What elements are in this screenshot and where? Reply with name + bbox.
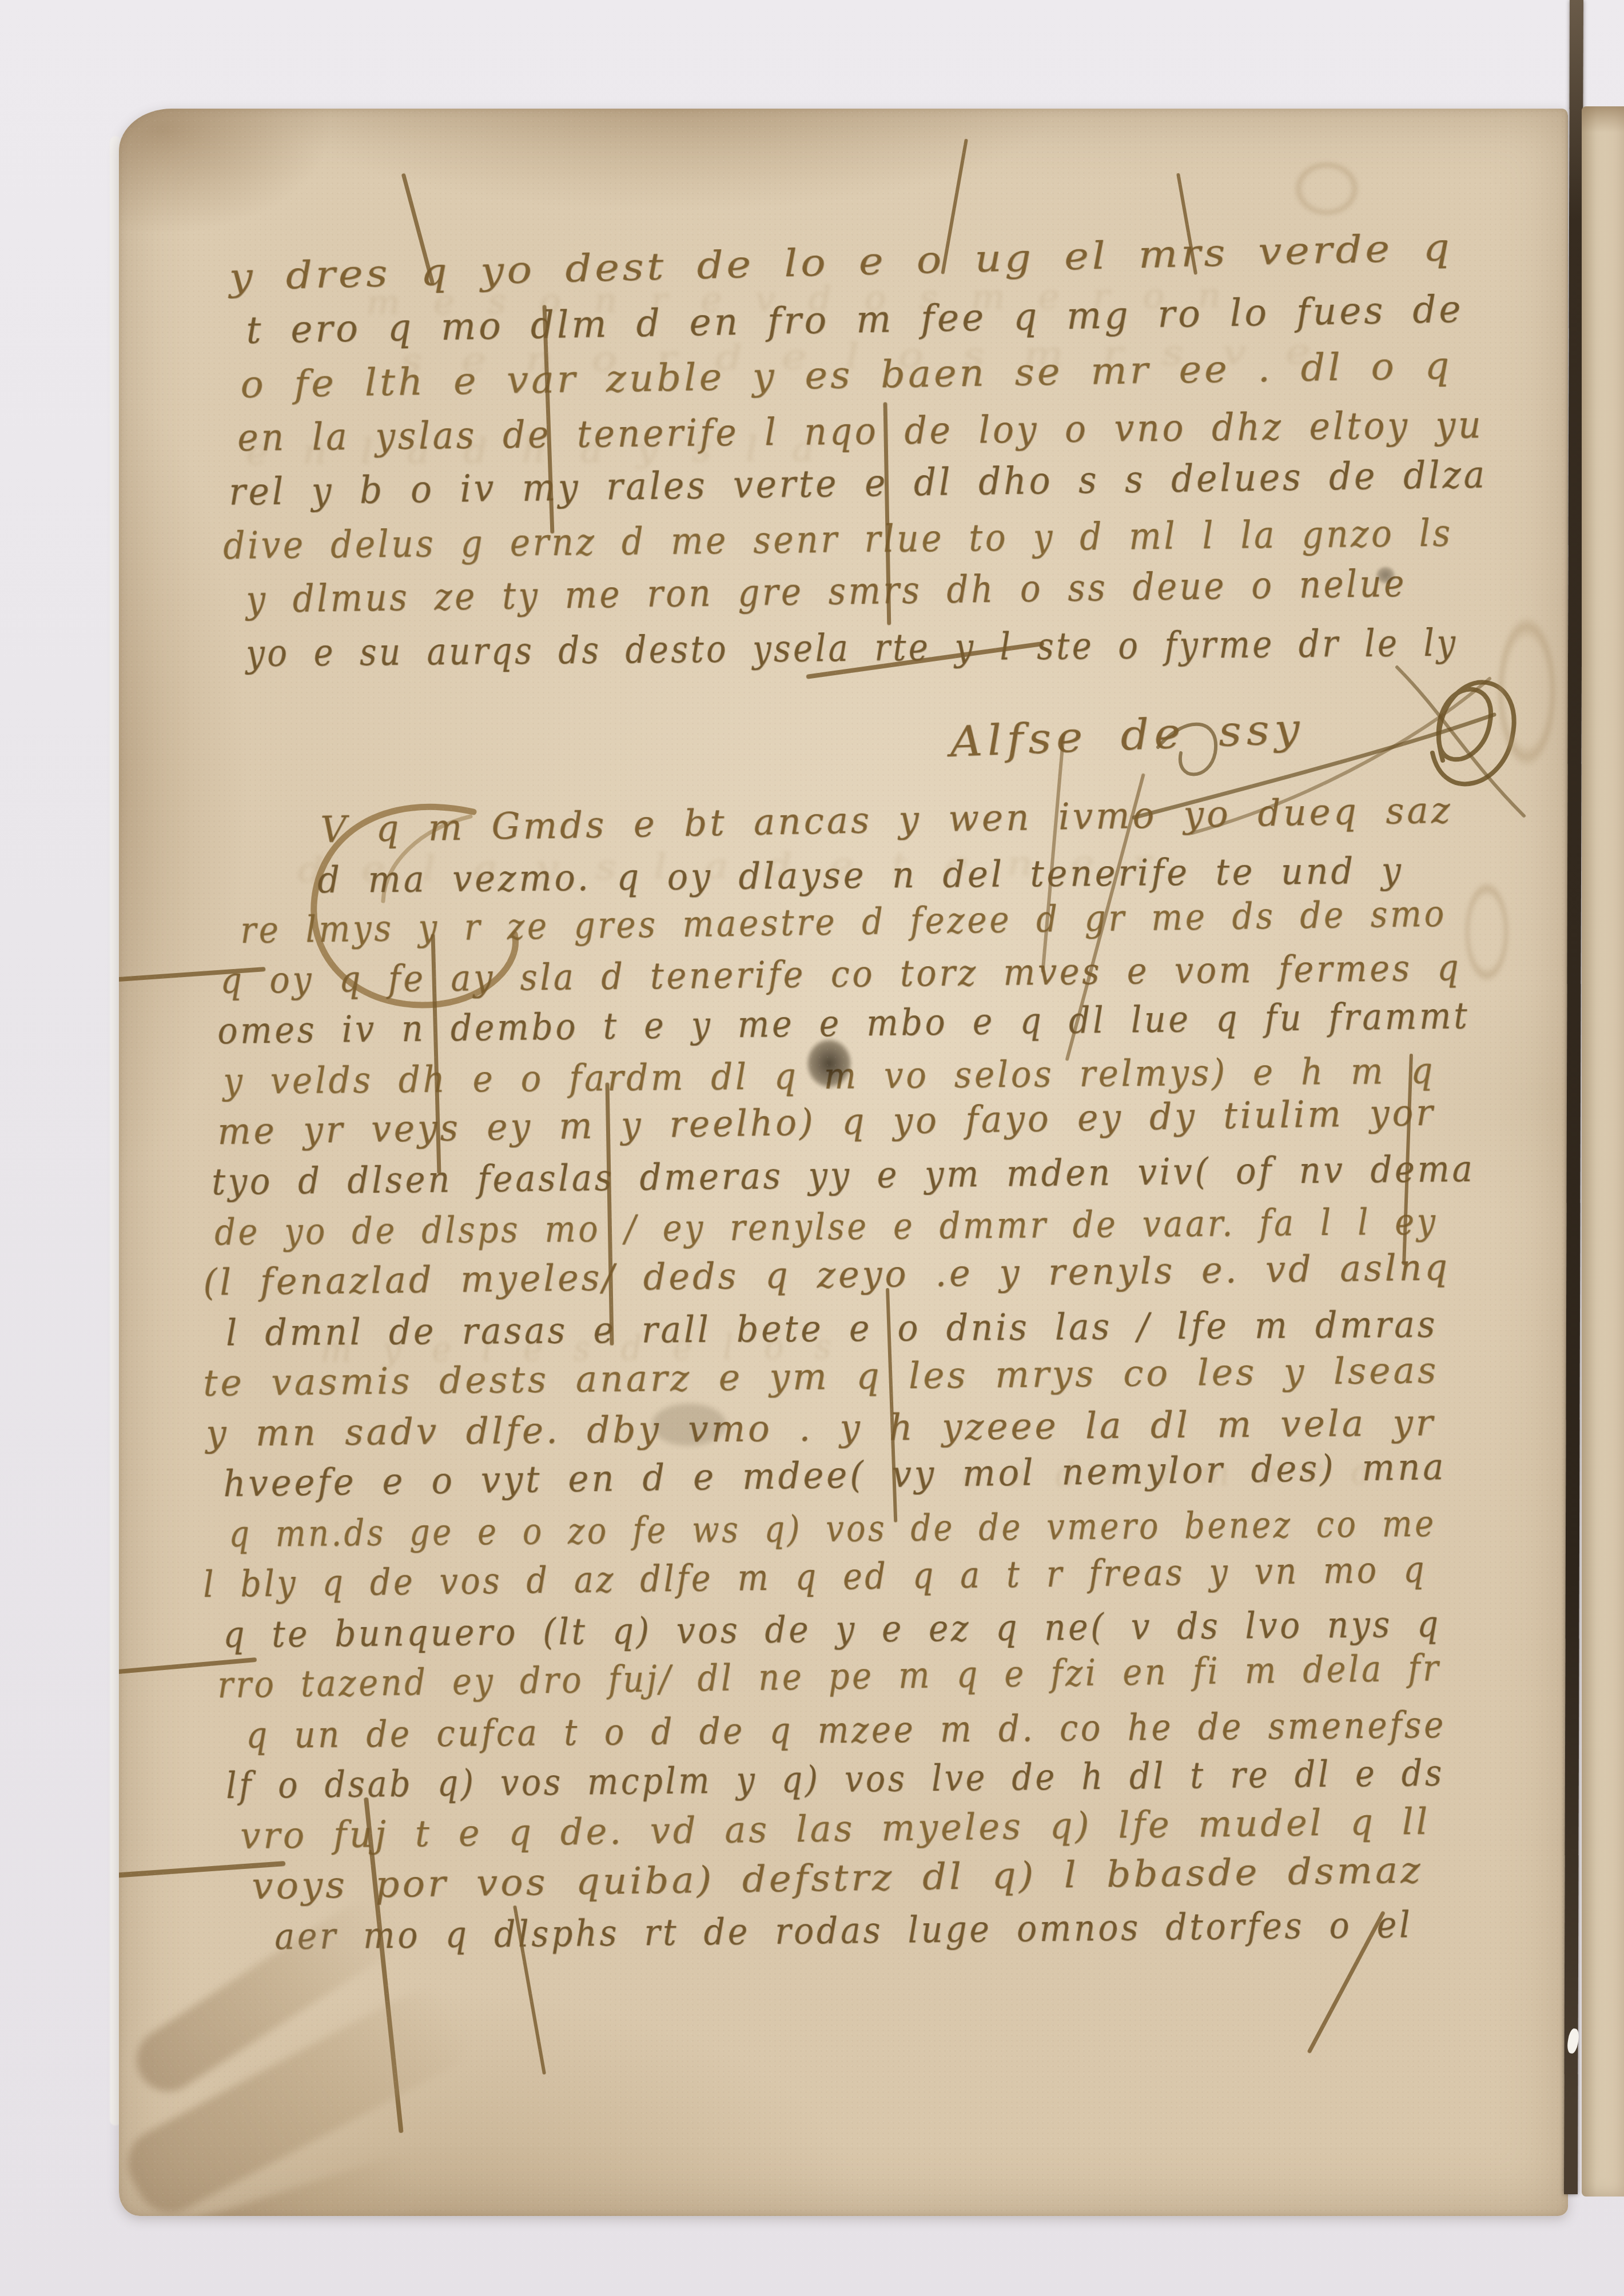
paragraph-2-line: aer mo q dlsphs rt de rodas luge omnos d… — [274, 1907, 1413, 1955]
water-stain — [1289, 157, 1364, 220]
paragraph-2-line: de yo de dlsps mo / ey renylse e dmmr de… — [214, 1203, 1438, 1251]
bleedthrough-text: v o s d e v m e r o — [915, 1455, 1373, 1493]
ink-blot — [1372, 563, 1399, 587]
paragraph-2-line: q te bunquero (lt q) vos de y e ez q ne(… — [223, 1606, 1441, 1653]
paragraph-2-line: me yr veys ey m y reelho) q yo fayo ey d… — [217, 1095, 1436, 1150]
paragraph-2-line: q mn.ds ge e o zo fe ws q) vos de de vme… — [229, 1506, 1436, 1553]
paragraph-2-line: y mn sadv dlfe. dby vmo . y h yzeee la d… — [206, 1405, 1436, 1452]
manuscript-page: y dres q yo dest de lo e o ug el mrs ver… — [119, 109, 1568, 2216]
paragraph-1-line: dive delus g ernz d me senr rlue to y d … — [223, 514, 1453, 565]
paragraph-2-line: lf o dsab q) vos mcplm y q) vos lve de h… — [226, 1755, 1444, 1804]
water-stain — [1492, 606, 1561, 778]
scanned-manuscript-photo: y dres q yo dest de lo e o ug el mrs ver… — [0, 0, 1624, 2296]
closing-signature-line: Alfse de ssy — [949, 708, 1305, 763]
bleedthrough-text: e n l a d h a y s l a — [246, 432, 818, 470]
paragraph-2-line: tyo d dlsen feaslas dmeras yy e ym mden … — [212, 1151, 1475, 1201]
paragraph-1-line: y dlmus ze ty me ron gre smrs dh o ss de… — [246, 565, 1407, 619]
bleedthrough-text: m e s o n r e v d o s m e r o n — [366, 278, 1224, 320]
paragraph-2-line: rro tazend ey dro fuj/ dl ne pe m q e fz… — [217, 1650, 1441, 1704]
corner-stain-streak — [119, 1977, 479, 2216]
paragraph-2-line: voys por vos quiba) defstrz dl q) l bbas… — [252, 1852, 1423, 1905]
water-stain — [1461, 875, 1512, 989]
bleedthrough-text: m y e l e s d e l o s — [320, 1330, 835, 1368]
paragraph-2-line: vro fuj t e q de. vd as las myeles q) lf… — [240, 1804, 1431, 1855]
ink-smudge — [652, 1404, 726, 1446]
paragraph-2-line: l bly q de vos d az dlfe m q ed q a t r … — [203, 1552, 1427, 1603]
ink-blot — [798, 1029, 861, 1098]
paragraph-2-line: (l fenazlad myeles/ deds q zeyo .e y ren… — [203, 1249, 1450, 1301]
bleedthrough-text: d e l a y s l a d e t e n e r — [297, 846, 1156, 887]
adjacent-folio-edge — [1582, 106, 1624, 2197]
bleedthrough-text: s e n o r d e l o s m r s v e — [400, 334, 1315, 378]
paragraph-1-line: yo e su aurqs ds desto ysela rte y l ste… — [246, 624, 1458, 672]
paragraph-2-line: q un de cufca t o d de q mzee m d. co he… — [246, 1707, 1446, 1754]
